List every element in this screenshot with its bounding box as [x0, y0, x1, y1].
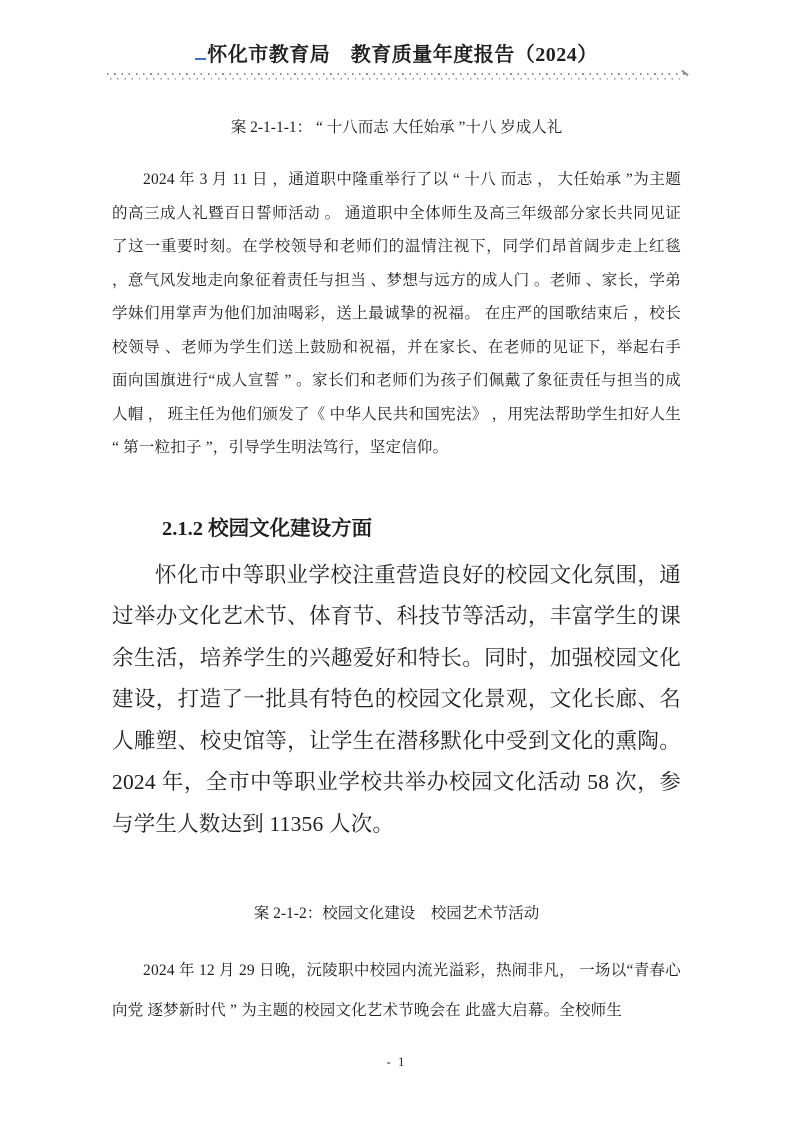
- divider-end-tick-icon: [681, 70, 688, 76]
- paragraph-art-festival: 2024 年 12 月 29 日晚，沅陵职中校园内流光溢彩，热闹非凡， 一场以“…: [112, 951, 681, 1031]
- document-page: 怀化市教育局 教育质量年度报告（2024） 案 2-1-1-1： “ 十八而志 …: [0, 0, 793, 1122]
- paragraph-adult-ceremony: 2024 年 3 月 11 日 ，通道职中隆重举行了以 “ 十八 而志 ， 大任…: [112, 163, 681, 465]
- case-2-1-1-1-title: 案 2-1-1-1： “ 十八而志 大任始承 ”十八 岁成人礼: [112, 117, 681, 139]
- page-header: 怀化市教育局 教育质量年度报告（2024）: [112, 42, 681, 69]
- page-number: - 1: [0, 1054, 793, 1070]
- paragraph-campus-culture: 怀化市中等职业学校注重营造良好的校园文化氛围，通过举办文化艺术节、体育节、科技节…: [112, 555, 681, 846]
- case-2-1-2-title: 案 2-1-2：校园文化建设 校园艺术节活动: [112, 903, 681, 925]
- section-heading-2-1-2: 2.1.2 校园文化建设方面: [112, 515, 681, 543]
- revision-mark-icon: [195, 58, 206, 61]
- header-title: 怀化市教育局 教育质量年度报告（2024）: [207, 44, 598, 66]
- header-dotted-divider: [107, 72, 686, 81]
